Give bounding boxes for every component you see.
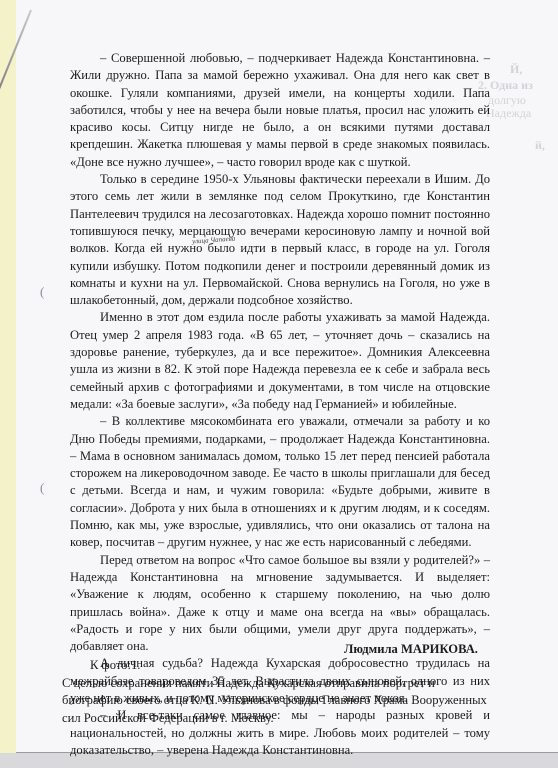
photo-label: К фото:1. — [90, 658, 140, 673]
author-signature: Людмила МАРИКОВА. — [344, 642, 478, 657]
paragraph: Перед ответом на вопрос «Что самое больш… — [70, 552, 490, 656]
paragraph: – В коллективе мясокомбината его уважали… — [70, 413, 490, 551]
bleed-through-text: й, — [535, 138, 545, 153]
bleed-through-text: Й, — [510, 62, 522, 77]
paragraph: Только в середине 1950-х Ульяновы фактич… — [70, 171, 490, 309]
bleed-through-text: Надежда — [486, 106, 531, 121]
margin-bracket-mark: ( — [40, 481, 44, 494]
paragraph: Именно в этот дом ездила после работы ух… — [70, 309, 490, 413]
photo-caption: С целью сохранения памяти Надежда Кухарс… — [62, 675, 492, 727]
scan-edge-strip — [0, 0, 16, 768]
paragraph: – Совершенной любовью, – подчеркивает На… — [70, 50, 490, 171]
margin-bracket-mark: ( — [40, 285, 44, 298]
